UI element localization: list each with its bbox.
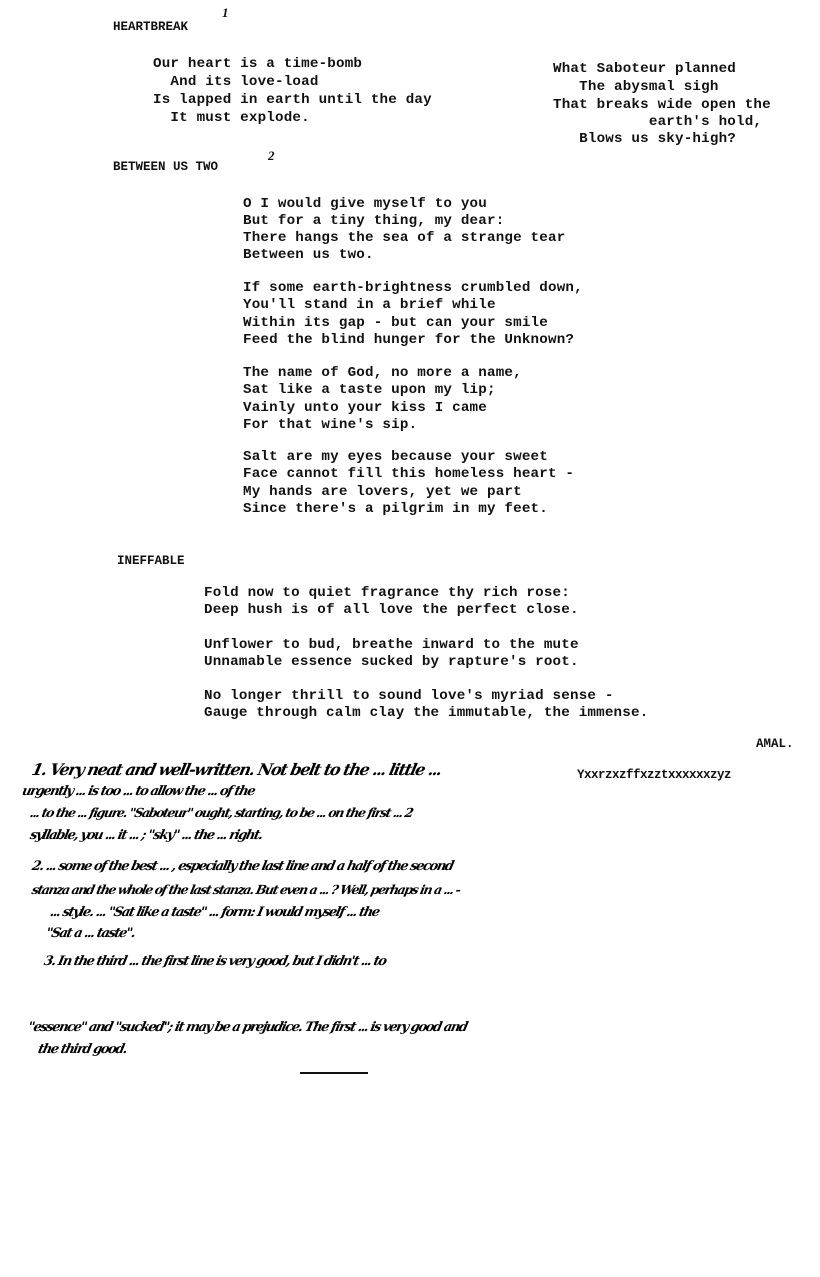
poem-line: Our heart is a time-bomb: [153, 55, 362, 73]
poem-title-between-us-two: BETWEEN US TWO: [113, 160, 218, 174]
poem-title-heartbreak: HEARTBREAK: [113, 20, 188, 34]
poem-line: Unflower to bud, breathe inward to the m…: [204, 636, 579, 654]
poem-line: Fold now to quiet fragrance thy rich ros…: [204, 584, 570, 602]
poem-line: If some earth-brightness crumbled down,: [243, 279, 583, 297]
handwritten-line: 1. Very neat and well-written. Not belt …: [30, 760, 443, 780]
poem-line: Since there's a pilgrim in my feet.: [243, 500, 548, 518]
poem-line: My hands are lovers, yet we part: [243, 483, 522, 501]
poem-line: Face cannot fill this homeless heart -: [243, 465, 574, 483]
poem-line: That breaks wide open the: [553, 96, 771, 114]
struck-through-line: Yxxrzxzffxzztxxxxxxzyz: [577, 768, 731, 782]
handwritten-line: "essence" and "sucked"; it may be a prej…: [26, 1018, 469, 1038]
poem-title-ineffable: INEFFABLE: [117, 554, 185, 568]
poem-line: Feed the blind hunger for the Unknown?: [243, 331, 574, 349]
handwritten-line: ... to the ... figure. "Saboteur" ought,…: [28, 803, 414, 823]
poem-line: Is lapped in earth until the day: [153, 91, 432, 109]
poem-line: No longer thrill to sound love's myriad …: [204, 687, 614, 705]
poem-line: Sat like a taste upon my lip;: [243, 381, 496, 399]
handwritten-line: 2. ... some of the best ... , especially…: [30, 857, 455, 877]
poem-line: For that wine's sip.: [243, 416, 417, 434]
handwritten-line: urgently ... is too ... to allow the ...…: [20, 782, 256, 802]
poem-line: Within its gap - but can your smile: [243, 314, 548, 332]
poem-line: You'll stand in a brief while: [243, 296, 496, 314]
poem-line: Gauge through calm clay the immutable, t…: [204, 704, 648, 722]
poem-line: What Saboteur planned: [553, 60, 736, 78]
poem-line: There hangs the sea of a strange tear: [243, 229, 565, 247]
poem-line: Vainly unto your kiss I came: [243, 399, 487, 417]
handwritten-line: syllable, you ... it ... ; "sky" ... the…: [28, 826, 264, 846]
handwritten-line: ... style. ... "Sat like a taste" ... fo…: [48, 903, 381, 923]
footnote-mark-1: 1: [222, 5, 229, 21]
poem-line: Blows us sky-high?: [553, 130, 736, 148]
poem-line: Unnamable essence sucked by rapture's ro…: [204, 653, 579, 671]
handwritten-line: "Sat a ... taste".: [44, 924, 137, 944]
handwritten-line: stanza and the whole of the last stanza.…: [30, 880, 462, 900]
poem-line: earth's hold,: [553, 113, 762, 131]
poem-line: Between us two.: [243, 246, 374, 264]
end-divider: [300, 1072, 368, 1074]
poem-line: Deep hush is of all love the perfect clo…: [204, 601, 579, 619]
poem-line: It must explode.: [153, 109, 310, 127]
poem-line: O I would give myself to you: [243, 195, 487, 213]
poem-line: The name of God, no more a name,: [243, 364, 522, 382]
poem-line: And its love-load: [153, 73, 319, 91]
poem-line: But for a tiny thing, my dear:: [243, 212, 504, 230]
signature: AMAL.: [756, 737, 794, 751]
handwritten-line: the third good.: [36, 1040, 128, 1060]
poem-line: Salt are my eyes because your sweet: [243, 448, 548, 466]
handwritten-line: 3. In the third ... the first line is ve…: [42, 952, 388, 972]
footnote-mark-2: 2: [268, 148, 275, 164]
poem-line: The abysmal sigh: [553, 78, 719, 96]
